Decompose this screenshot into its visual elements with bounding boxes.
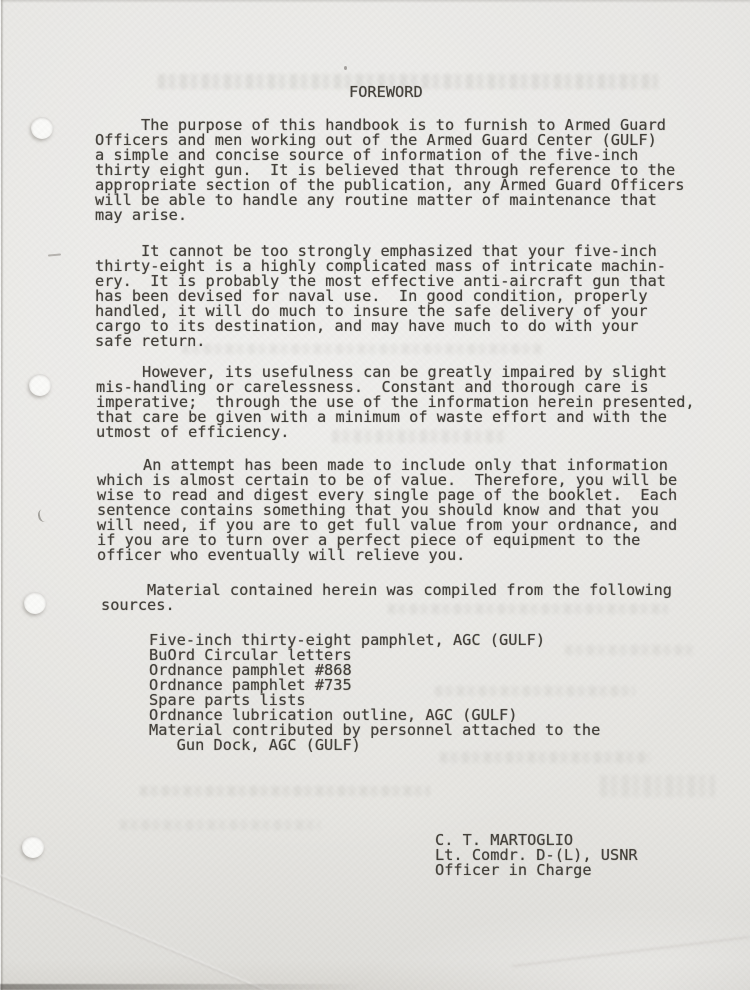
page-title: FOREWORD [349,85,423,100]
bleed-through-smudge [600,775,715,797]
page-edge-shadow-left [0,0,4,990]
punch-hole [31,117,53,139]
bleed-through-smudge [140,786,430,796]
bleed-through-smudge [440,752,650,763]
page-edge-shadow-bottom [0,984,360,990]
punch-hole [22,836,44,858]
paper-fold-line [512,936,750,967]
pen-mark [48,253,61,256]
paragraph-purpose: The purpose of this handbook is to furni… [95,118,684,223]
paragraph-care: However, its usefulness can be greatly i… [96,365,695,440]
punch-hole [24,592,46,614]
paragraph-emphasis: It cannot be too strongly emphasized tha… [95,244,666,349]
pen-mark [37,508,51,523]
scanned-document-page: FOREWORD The purpose of this handbook is… [0,0,750,990]
paragraph-sources-intro: Material contained herein was compiled f… [101,583,672,613]
punch-hole [29,374,51,396]
page-edge-shadow-top [0,0,750,3]
bleed-through-smudge [120,820,320,830]
pen-mark [344,66,347,70]
signature-block: C. T. MARTOGLIO Lt. Comdr. D-(L), USNR O… [435,833,638,878]
paper-crease [0,872,271,990]
paragraph-value: An attempt has been made to include only… [97,458,677,563]
source-list: Five-inch thirty-eight pamphlet, AGC (GU… [103,633,600,753]
paper-fold-highlight [320,895,750,990]
